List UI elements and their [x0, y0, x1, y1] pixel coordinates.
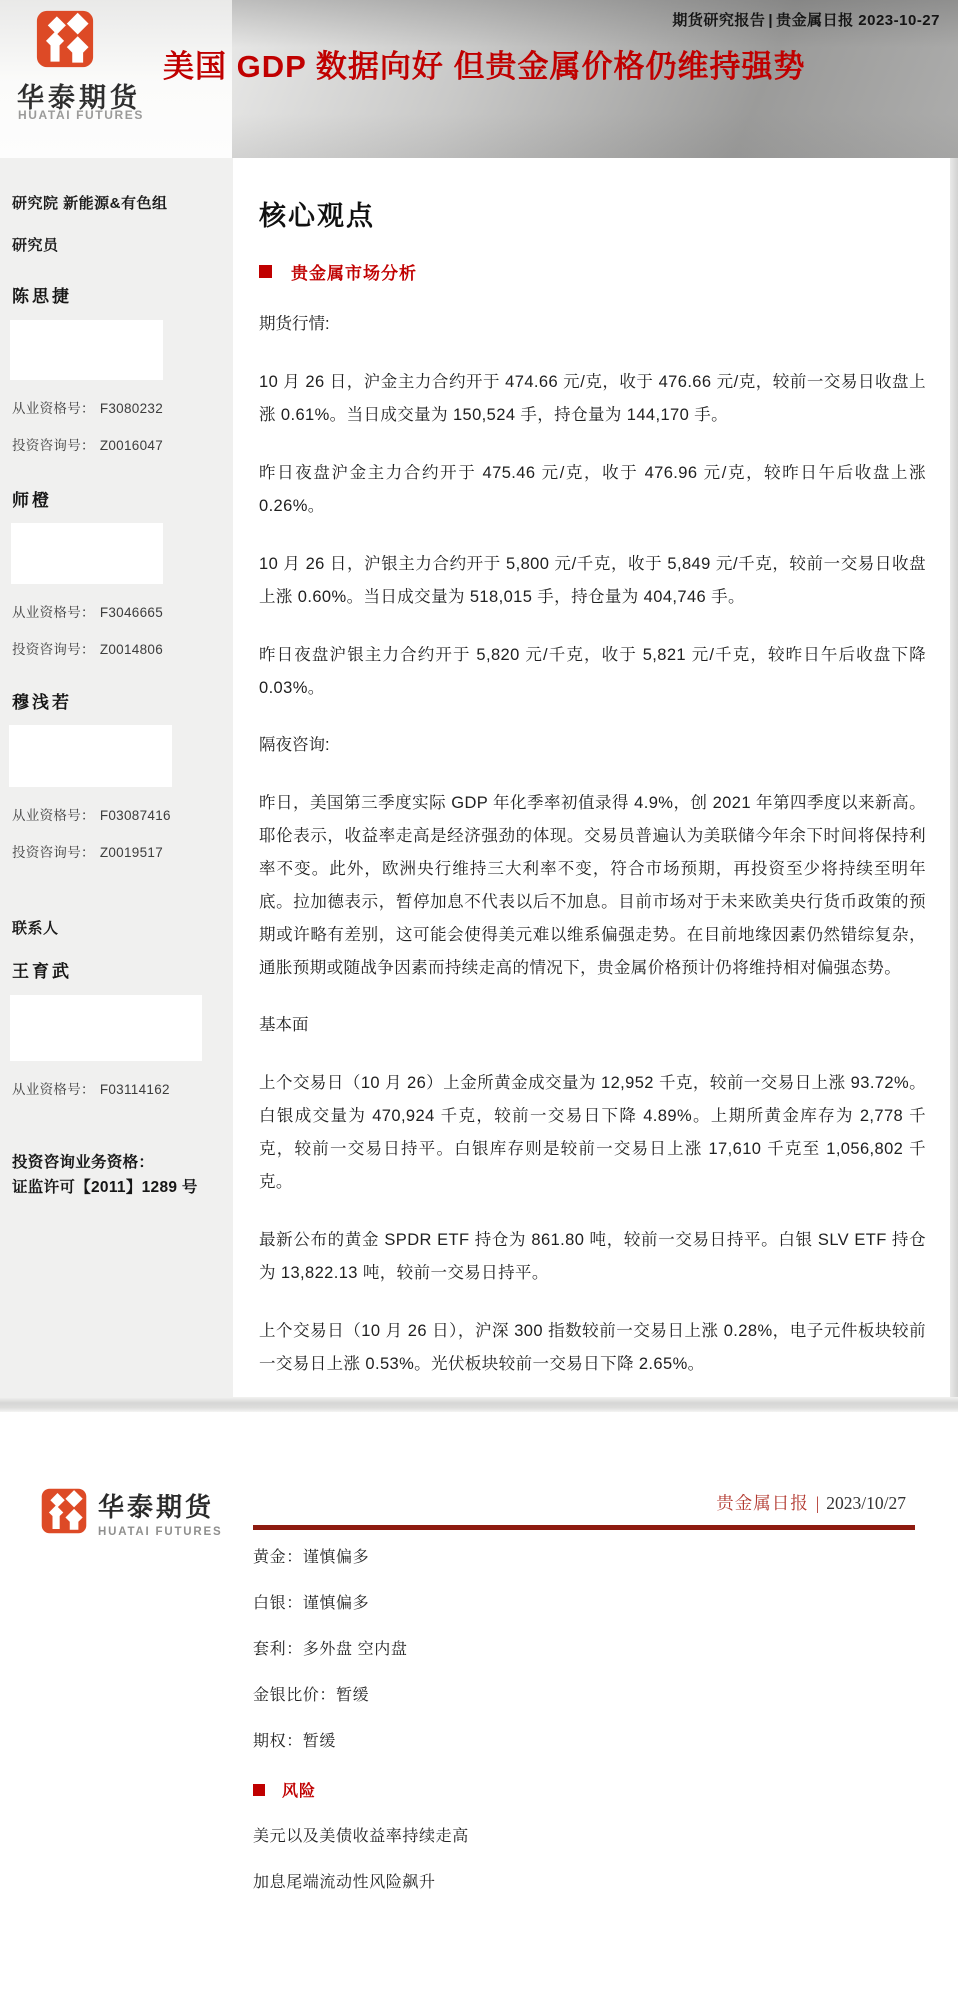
practice-number-line: 从业资格号：F3080232	[12, 397, 221, 417]
strategy-item-ratio: 金银比价：暂缓	[253, 1686, 853, 1706]
practice-label: 从业资格号：	[12, 605, 95, 620]
advisory-label: 投资咨询号：	[12, 845, 95, 860]
redacted-contact-box	[9, 725, 172, 787]
report-date: 2023-10-27	[858, 12, 940, 29]
practice-label: 从业资格号：	[12, 1082, 95, 1097]
advisory-number-line: 投资咨询号：Z0016047	[12, 434, 221, 454]
advisory-label: 投资咨询号：	[12, 642, 95, 657]
paragraph-gold-night: 昨日夜盘沪金主力合约开于 475.46 元/克，收于 476.96 元/克，较昨…	[259, 457, 926, 523]
practice-label: 从业资格号：	[12, 401, 95, 416]
research-sidebar: 研究院 新能源&有色组 研究员 陈思捷 从业资格号：F3080232 投资咨询号…	[0, 158, 233, 1397]
license-block: 投资咨询业务资格： 证监许可【2011】1289 号	[12, 1150, 221, 1200]
page2-header-meta: 贵金属日报|2023/10/27	[716, 1490, 906, 1515]
section-bullet-icon	[253, 1784, 265, 1796]
report-type: 期货研究报告	[672, 12, 765, 29]
report-date: 2023/10/27	[826, 1493, 906, 1513]
practice-number-line: 从业资格号：F03087416	[12, 804, 221, 824]
page-edge-strip	[950, 158, 958, 1397]
advisory-number: Z0016047	[95, 438, 163, 453]
huatai-logo-icon	[41, 1487, 87, 1535]
section-market-analysis: 贵金属市场分析	[259, 259, 926, 284]
practice-number-line: 从业资格号：F03114162	[12, 1078, 221, 1098]
advisory-number-line: 投资咨询号：Z0014806	[12, 638, 221, 658]
report-series: 贵金属日报	[776, 12, 854, 29]
license-number: 证监许可【2011】1289 号	[12, 1175, 221, 1200]
report-document: 华泰期货 HUATAI FUTURES 期货研究报告|贵金属日报 2023-10…	[0, 0, 958, 1994]
license-title: 投资咨询业务资格：	[12, 1150, 221, 1175]
paragraph-silver-night: 昨日夜盘沪银主力合约开于 5,820 元/千克，收于 5,821 元/千克，较昨…	[259, 639, 926, 705]
practice-number: F3080232	[95, 401, 163, 416]
overnight-news-label: 隔夜咨询:	[259, 729, 926, 762]
paragraph-silver-day: 10 月 26 日，沪银主力合约开于 5,800 元/千克，收于 5,849 元…	[259, 548, 926, 614]
practice-number: F3046665	[95, 605, 163, 620]
contact-role-label: 联系人	[12, 917, 221, 938]
page-2: 华泰期货 HUATAI FUTURES 贵金属日报|2023/10/27 黄金：…	[0, 1412, 958, 1994]
brand-name-cn: 华泰期货	[98, 1487, 222, 1524]
researcher-name: 师橙	[12, 486, 221, 511]
core-viewpoint-heading: 核心观点	[259, 194, 926, 233]
advisory-number: Z0019517	[95, 845, 163, 860]
paragraph-fundamentals: 上个交易日（10 月 26）上金所黄金成交量为 12,952 千克，较前一交易日…	[259, 1067, 926, 1199]
fundamentals-label: 基本面	[259, 1009, 926, 1042]
report-series: 贵金属日报	[716, 1493, 809, 1513]
futures-quotes-label: 期货行情:	[259, 308, 926, 341]
institute-label: 研究院 新能源&有色组	[12, 192, 221, 213]
page1-body: 研究院 新能源&有色组 研究员 陈思捷 从业资格号：F3080232 投资咨询号…	[0, 158, 958, 1397]
brand-text: 华泰期货 HUATAI FUTURES	[98, 1487, 222, 1538]
risk-item-liquidity: 加息尾端流动性风险飙升	[253, 1873, 853, 1893]
advisory-number-line: 投资咨询号：Z0019517	[12, 841, 221, 861]
header-rule	[253, 1525, 915, 1530]
strategy-list: 黄金：谨慎偏多 白银：谨慎偏多 套利：多外盘 空内盘 金银比价：暂缓 期权：暂缓…	[253, 1548, 853, 1919]
contact-name: 王育武	[12, 957, 221, 982]
strategy-item-arbitrage: 套利：多外盘 空内盘	[253, 1640, 853, 1660]
brand-name-en: HUATAI FUTURES	[98, 1526, 222, 1538]
risk-item-yields: 美元以及美债收益率持续走高	[253, 1827, 853, 1847]
section-title: 贵金属市场分析	[291, 259, 417, 284]
paragraph-overnight-news: 昨日，美国第三季度实际 GDP 年化季率初值录得 4.9%，创 2021 年第四…	[259, 787, 926, 985]
advisory-number: Z0014806	[95, 642, 163, 657]
strategy-item-silver: 白银：谨慎偏多	[253, 1594, 853, 1614]
strategy-item-gold: 黄金：谨慎偏多	[253, 1548, 853, 1568]
paragraph-etf-holdings: 最新公布的黄金 SPDR ETF 持仓为 861.80 吨，较前一交易日持平。白…	[259, 1224, 926, 1290]
redacted-contact-box	[10, 995, 202, 1061]
meta-divider: |	[809, 1493, 827, 1513]
huatai-logo-icon	[36, 10, 94, 68]
practice-label: 从业资格号：	[12, 808, 95, 823]
meta-separator: |	[765, 12, 776, 29]
advisory-label: 投资咨询号：	[12, 438, 95, 453]
section-risk: 风险	[253, 1778, 853, 1801]
page1-header-band: 华泰期货 HUATAI FUTURES 期货研究报告|贵金属日报 2023-10…	[0, 0, 958, 158]
brand-name-en: HUATAI FUTURES	[18, 108, 144, 122]
practice-number: F03114162	[95, 1082, 170, 1097]
practice-number: F03087416	[95, 808, 171, 823]
section-title: 风险	[282, 1778, 316, 1801]
redacted-contact-box	[10, 320, 163, 380]
section-bullet-icon	[259, 265, 272, 278]
researcher-name: 陈思捷	[12, 282, 221, 307]
practice-number-line: 从业资格号：F3046665	[12, 601, 221, 621]
report-title: 美国 GDP 数据向好 但贵金属价格仍维持强势	[163, 41, 933, 86]
brand-logo: 华泰期货 HUATAI FUTURES	[41, 1487, 222, 1538]
paragraph-stock-indexes: 上个交易日（10 月 26 日），沪深 300 指数较前一交易日上涨 0.28%…	[259, 1315, 926, 1381]
researcher-role-label: 研究员	[12, 234, 221, 255]
report-main-content: 核心观点 贵金属市场分析 期货行情: 10 月 26 日，沪金主力合约开于 47…	[233, 158, 958, 1397]
page-1: 华泰期货 HUATAI FUTURES 期货研究报告|贵金属日报 2023-10…	[0, 0, 958, 1397]
report-meta: 期货研究报告|贵金属日报 2023-10-27	[672, 9, 940, 30]
strategy-item-options: 期权：暂缓	[253, 1732, 853, 1752]
redacted-contact-box	[11, 523, 163, 584]
paragraph-gold-day: 10 月 26 日，沪金主力合约开于 474.66 元/克，收于 476.66 …	[259, 366, 926, 432]
researcher-name: 穆浅若	[12, 688, 221, 713]
